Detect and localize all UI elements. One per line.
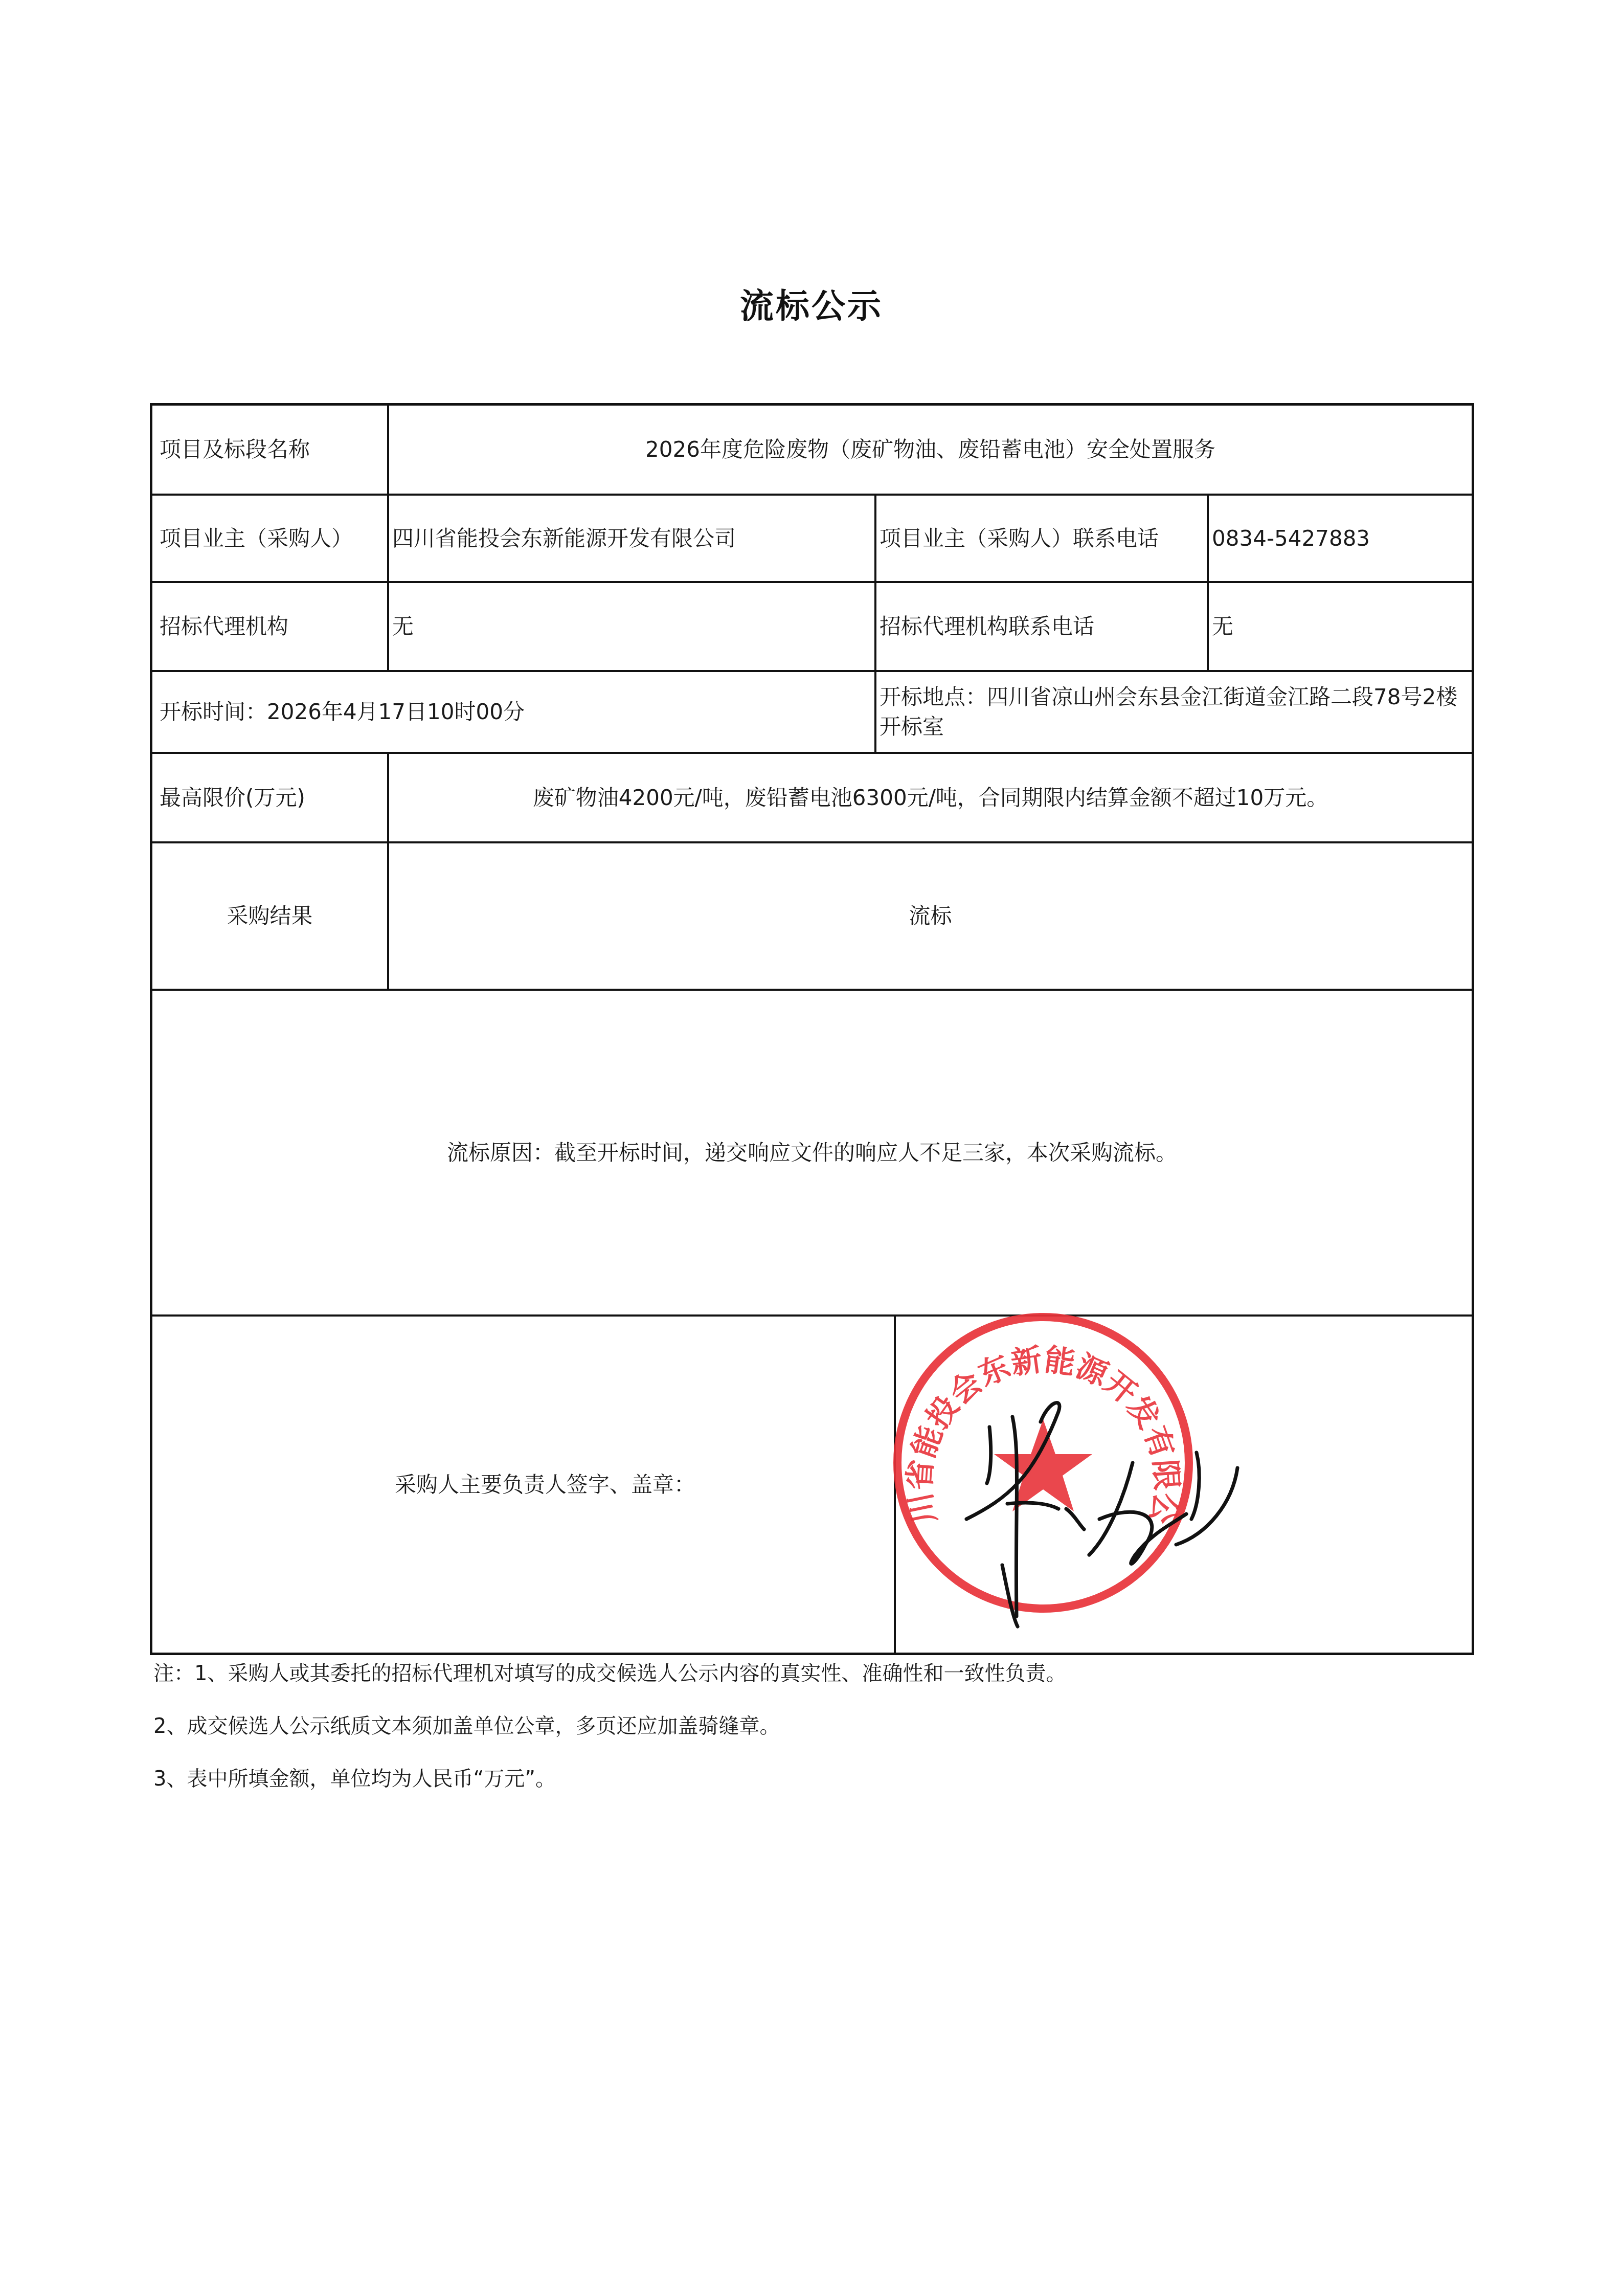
signature-area <box>896 1317 1472 1653</box>
owner-value: 四川省能投会东新能源开发有限公司 <box>389 496 874 581</box>
note-item: 3、表中所填金额，单位均为人民币“万元”。 <box>153 1765 1066 1793</box>
max-price-value: 废矿物油4200元/吨，废铅蓄电池6300元/吨，合同期限内结算金额不超过10万… <box>389 754 1472 841</box>
agency-value: 无 <box>389 583 874 670</box>
result-label: 采购结果 <box>152 843 387 989</box>
notes-section: 注：1、采购人或其委托的招标代理机对填写的成交候选人公示内容的真实性、准确性和一… <box>153 1660 1066 1818</box>
max-price-label: 最高限价(万元) <box>152 754 387 841</box>
opening-time: 开标时间：2026年4月17日10时00分 <box>152 672 874 752</box>
note-item: 2、成交候选人公示纸质文本须加盖单位公章，多页还应加盖骑缝章。 <box>153 1712 1066 1740</box>
owner-phone-label: 项目业主（采购人）联系电话 <box>876 496 1207 581</box>
agency-phone-value: 无 <box>1209 583 1472 670</box>
agency-label: 招标代理机构 <box>152 583 387 670</box>
note-item: 注：1、采购人或其委托的招标代理机对填写的成交候选人公示内容的真实性、准确性和一… <box>153 1660 1066 1687</box>
project-name-label: 项目及标段名称 <box>152 406 387 494</box>
page-title: 流标公示 <box>0 279 1623 327</box>
project-name-value: 2026年度危险废物（废矿物油、废铅蓄电池）安全处置服务 <box>389 406 1472 494</box>
opening-place: 开标地点：四川省凉山州会东县金江街道金江路二段78号2楼开标室 <box>876 672 1472 752</box>
agency-phone-label: 招标代理机构联系电话 <box>876 583 1207 670</box>
signature-label: 采购人主要负责人签字、盖章： <box>152 1317 894 1653</box>
result-value: 流标 <box>389 843 1472 989</box>
failure-reason: 流标原因：截至开标时间，递交响应文件的响应人不足三家，本次采购流标。 <box>152 991 1472 1314</box>
announcement-table: 项目及标段名称 2026年度危险废物（废矿物油、废铅蓄电池）安全处置服务 项目业… <box>150 403 1474 1655</box>
owner-phone-value: 0834-5427883 <box>1209 496 1472 581</box>
owner-label: 项目业主（采购人） <box>152 496 387 581</box>
